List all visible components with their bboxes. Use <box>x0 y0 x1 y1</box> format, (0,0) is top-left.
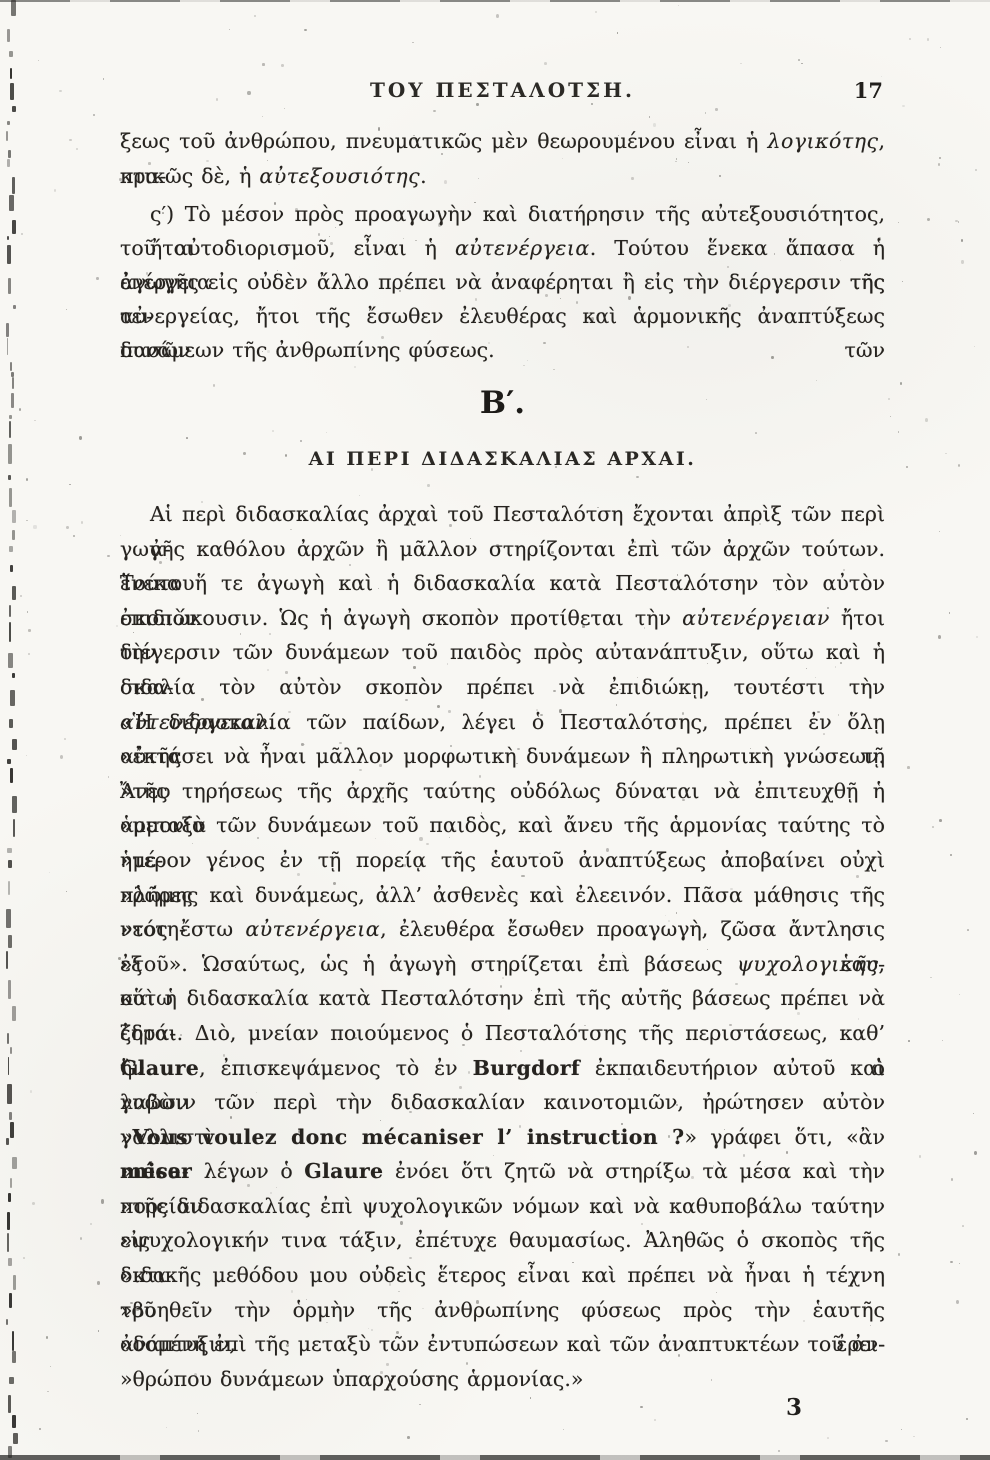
text-line: »δομένη ἐπὶ τῆς μεταξὺ τῶν ἐντυπώσεων κα… <box>120 1327 885 1362</box>
text-line: »τῆς τηρήσεως τῆς ἀρχῆς ταύτης οὐδόλως δ… <box>120 774 885 809</box>
text-line: »Vous voulez donc mécaniser l’ instructi… <box>120 1120 885 1155</box>
text-line: »θρώπου δυνάμεων ὑπαρχούσης ἁρμονίας.» <box>120 1362 885 1397</box>
text-line: καὶ ἡ διδασκαλία κατὰ Πεσταλότσην ἐπὶ τῆ… <box>120 981 885 1016</box>
paragraph: Αἱ περὶ διδασκαλίας ἀρχαὶ τοῦ Πεσταλότση… <box>120 497 885 1396</box>
emphasized-term: αὐτενέργεια <box>245 917 380 941</box>
emphasized-term: ψυχολογικῆς <box>737 952 879 976</box>
text-line: ξεως τοῦ ἀνθρώπου, πνευματικῶς μὲν θεωρο… <box>120 124 885 159</box>
latin-text: Glaure <box>120 1056 199 1080</box>
text-line: Glaure, ἐπισκεψάμενος τὸ ἐν Burgdorf ἐκπ… <box>120 1051 885 1086</box>
paragraph: ξεως τοῦ ἀνθρώπου, πνευματικῶς μὲν θεωρο… <box>120 124 885 194</box>
latin-text: Vous voulez donc mécaniser l’ instructio… <box>133 1125 685 1149</box>
paragraph: ς′) Τὸ μέσον πρὸς προαγωγὴν καὶ διατήρησ… <box>120 197 885 367</box>
text-line: »ῥώμης καὶ δυνάμεως, ἀλλ’ ἀσθενὲς καὶ ἐλ… <box>120 878 885 913</box>
text-line: »ψυχολογικήν τινα τάξιν, ἐπέτυχε θαυμασί… <box>120 1223 885 1258</box>
text-line: »τος ἔστω αὐτενέργεια, ἐλευθέρα ἔσωθεν π… <box>120 912 885 947</box>
text-line: «Ἡ διδασκαλία τῶν παίδων, λέγει ὁ Πεσταλ… <box>120 705 885 740</box>
text-line: »niser λέγων ὁ Glaure ἐνόει ὅτι ζητῶ νὰ … <box>120 1154 885 1189</box>
text-line: ς′) Τὸ μέσον πρὸς προαγωγὴν καὶ διατήρησ… <box>120 197 885 231</box>
text-line: »βοηθεῖν τὴν ὁρμὴν τῆς ἀνθρωπίνης φύσεως… <box>120 1293 885 1328</box>
text-line: »ἐκτάσει νὰ ἦναι μᾶλλον μορφωτικὴ δυνάμε… <box>120 739 885 774</box>
text-line: »μεταξὺ τῶν δυνάμεων τοῦ παιδὸς, καὶ ἄνε… <box>120 808 885 843</box>
text-line: κτικῶς δὲ, ἡ αὐτεξουσιότης. <box>120 159 885 194</box>
emphasized-term: αὐτενέργεια <box>455 236 590 260</box>
emphasized-term: αὐτεξουσιότης <box>259 164 420 188</box>
text-line: τοῦ αὐτοδιορισμοῦ, εἶναι ἡ αὐτενέργεια. … <box>120 231 885 265</box>
text-line: τενεργείας, ἤτοι τῆς ἔσωθεν ἐλευθέρας κα… <box>120 299 885 333</box>
emphasized-term: αὐτενέργειαν <box>682 606 830 630</box>
text-line: γνῶσιν τῶν περὶ τὴν διδασκαλίαν καινοτομ… <box>120 1085 885 1120</box>
text-line: γωγῆς καθόλου ἀρχῶν ἢ μᾶλλον στηρίζονται… <box>120 532 885 567</box>
section-letter-heading: Β′. <box>120 385 885 421</box>
text-line: »τοῦ». Ὡσαύτως, ὡς ἡ ἀγωγὴ στηρίζεται ἐπ… <box>120 947 885 982</box>
emphasized-term: λογικότης <box>767 129 878 153</box>
text-line: σκαλία τὸν αὐτὸν σκοπὸν πρέπει νὰ ἐπιδιώ… <box>120 670 885 705</box>
text-line: ἀγωγῆς εἰς οὐδὲν ἄλλο πρέπει νὰ ἀναφέρητ… <box>120 265 885 299</box>
section-title-heading: ΑΙ ΠΕΡΙ ΔΙΔΑΣΚΑΛΙΑΣ ΑΡΧΑΙ. <box>120 448 885 470</box>
book-page-scan: ΤΟΥ ΠΕΣΤΑΛΟΤΣΗ. 17 ξεως τοῦ ἀνθρώπου, πν… <box>0 0 990 1460</box>
text-line: διέγερσιν τῶν δυνάμεων τοῦ παιδὸς πρὸς α… <box>120 635 885 670</box>
latin-text: Burgdorf <box>473 1056 580 1080</box>
text-line: ἐπιδιώκουσιν. Ὡς ἡ ἀγωγὴ σκοπὸν προτίθετ… <box>120 601 885 636</box>
text-line: ἕνεκα ἥ τε ἀγωγὴ καὶ ἡ διδασκαλία κατὰ Π… <box>120 566 885 601</box>
text-line: Αἱ περὶ διδασκαλίας ἀρχαὶ τοῦ Πεσταλότση… <box>120 497 885 532</box>
signature-mark: 3 <box>786 1394 802 1421</box>
text-line: »κτικῆς μεθόδου μου οὐδεὶς ἕτερος εἶναι … <box>120 1258 885 1293</box>
latin-text: Glaure <box>304 1159 383 1183</box>
latin-text: niser <box>133 1159 193 1183</box>
page-content: ξεως τοῦ ἀνθρώπου, πνευματικῶς μὲν θεωρο… <box>0 0 990 1460</box>
text-line: »τερον γένος ἐν τῇ πορείᾳ τῆς ἑαυτοῦ ἀνα… <box>120 843 885 878</box>
text-line: »τῆς διδασκαλίας ἐπὶ ψυχολογικῶν νόμων κ… <box>120 1189 885 1224</box>
text-line: ζηται. Διὸ, μνείαν ποιούμενος ὁ Πεσταλότ… <box>120 1016 885 1051</box>
